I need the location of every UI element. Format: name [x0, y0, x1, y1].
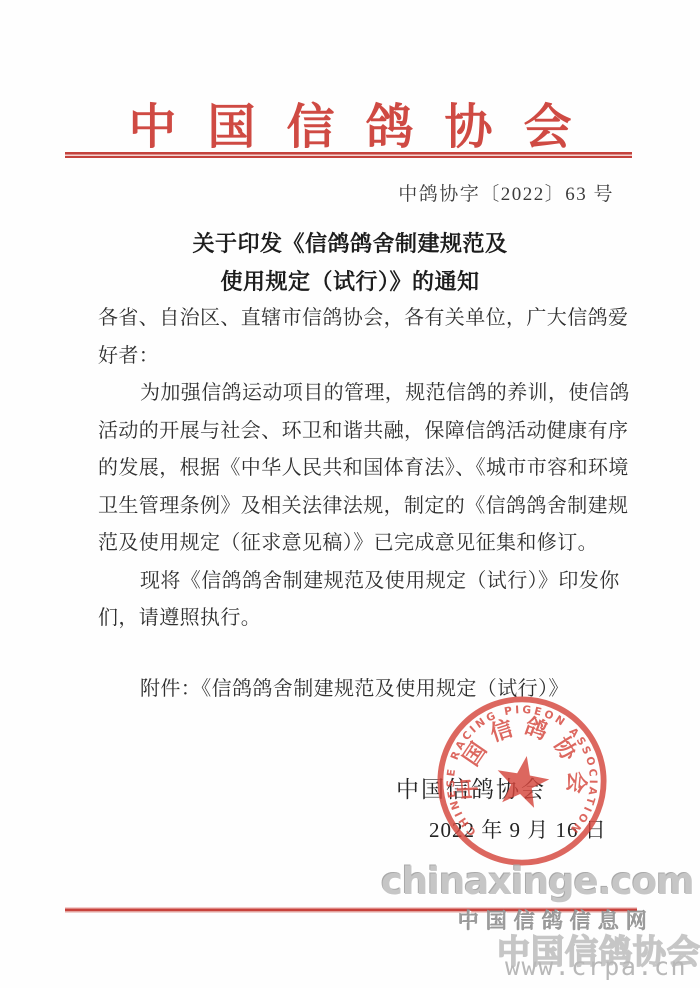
official-seal-stamp: CHINESE RACING PIGEON ASSOCIATION 中国信鸽协会	[416, 675, 628, 887]
watermark-site-domain: chinaxinge.com	[381, 860, 694, 903]
notice-body: 各省、自治区、直辖市信鸽协会，各有关单位，广大信鸽爱 好者： 为加强信鸽运动项目…	[98, 303, 632, 711]
red-separator-line	[65, 152, 632, 159]
body-line: 活动的开展与社会、环卫和谐共融，保障信鸽活动健康有序	[98, 416, 632, 454]
letterhead-org-name: 中国信鸽协会	[0, 88, 700, 157]
notice-title-line2: 使用规定（试行）》的通知	[0, 265, 700, 296]
seal-star-icon	[492, 751, 552, 809]
document-page: 中国信鸽协会 中鸽协字〔2022〕63 号 关于印发《信鸽鸽舍制建规范及 使用规…	[0, 0, 700, 988]
document-number: 中鸽协字〔2022〕63 号	[398, 179, 614, 206]
body-line: 的发展，根据《中华人民共和国体育法》、《城市市容和环境	[98, 453, 632, 491]
watermark-org-url: www.crpa.cn	[505, 952, 687, 981]
body-line: 范及使用规定（征求意见稿）》已完成意见征集和修订。	[98, 528, 632, 566]
body-line: 现将《信鸽鸽舍制建规范及使用规定（试行）》印发你	[98, 566, 632, 604]
notice-title-line1: 关于印发《信鸽鸽舍制建规范及	[0, 227, 700, 258]
body-line: 们，请遵照执行。	[98, 603, 632, 641]
body-line: 各省、自治区、直辖市信鸽协会，各有关单位，广大信鸽爱	[98, 303, 632, 341]
body-line: 卫生管理条例》及相关法律法规，制定的《信鸽鸽舍制建规	[98, 491, 632, 529]
body-line: 为加强信鸽运动项目的管理，规范信鸽的养训，使信鸽	[98, 378, 632, 416]
body-line: 好者：	[98, 341, 632, 379]
